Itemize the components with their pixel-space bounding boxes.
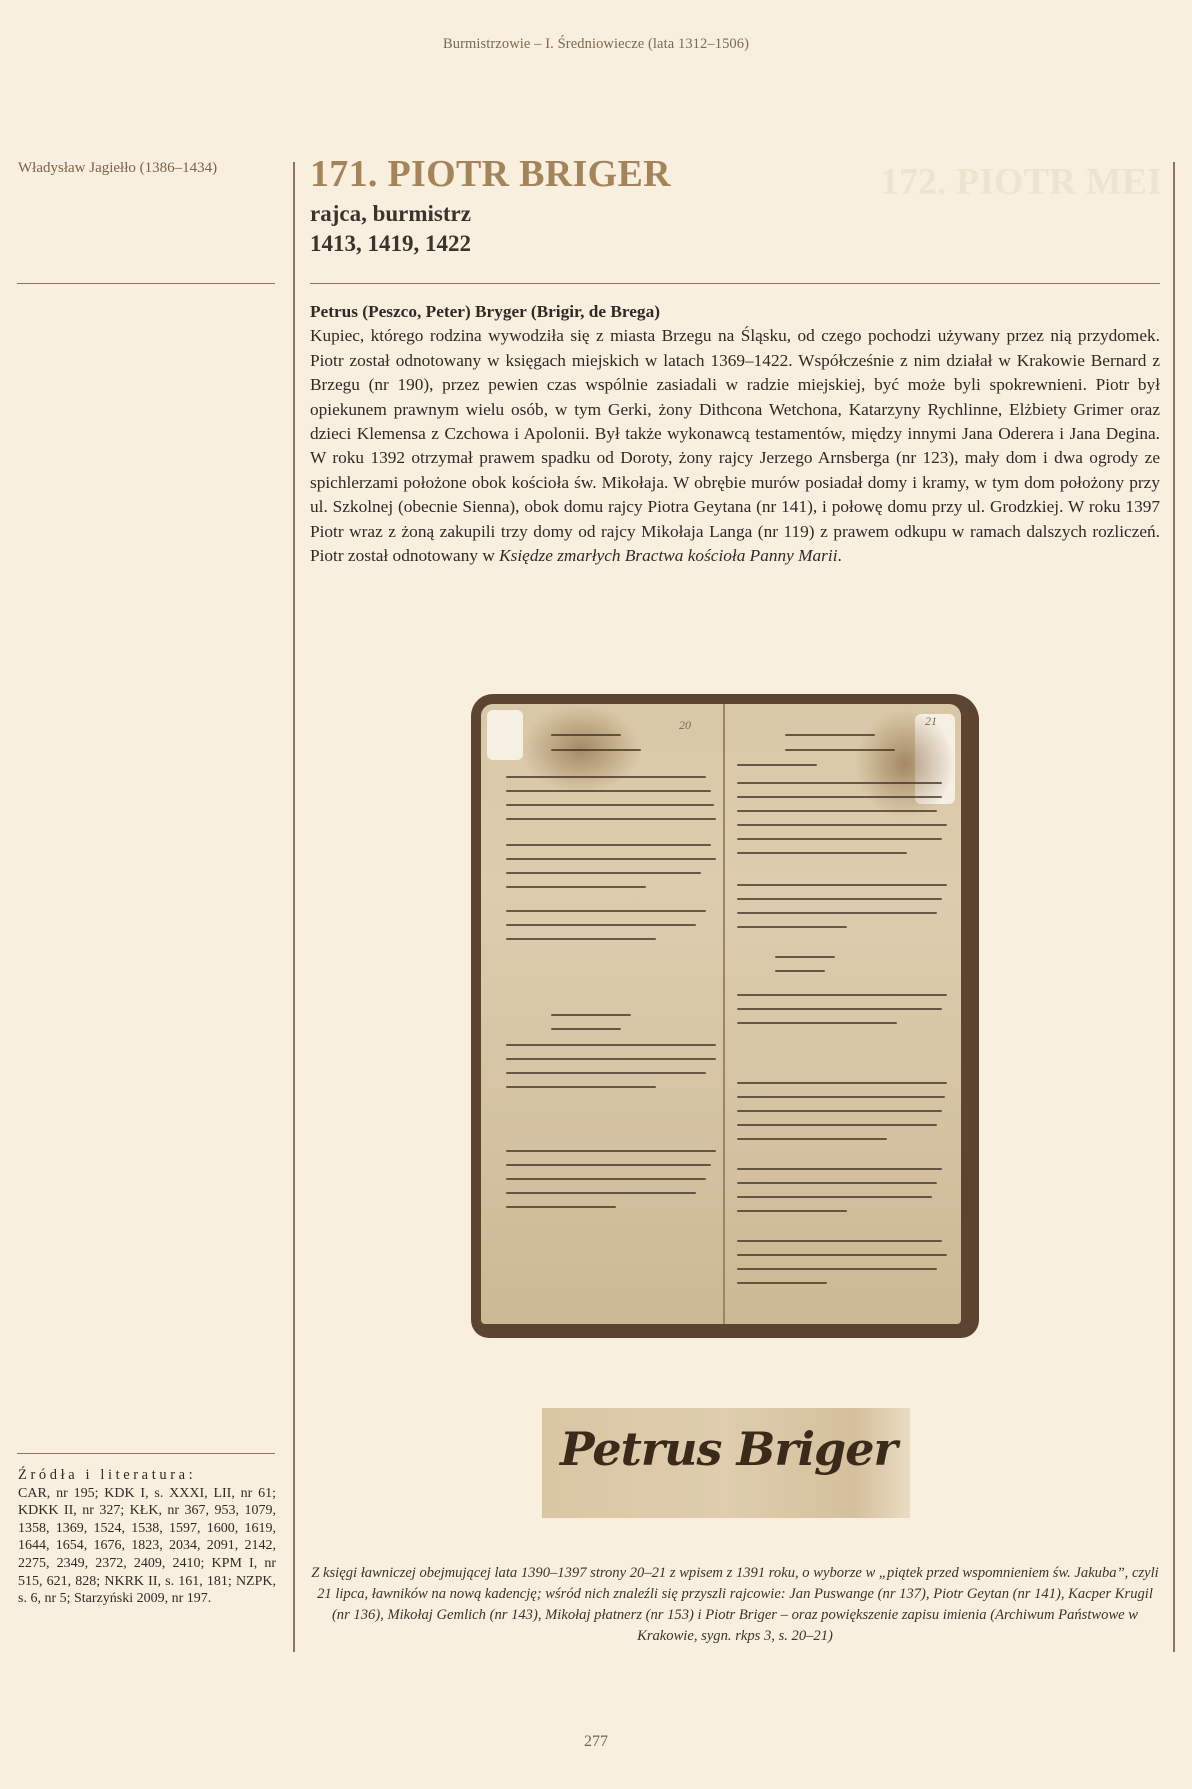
sources-rule <box>17 1453 275 1454</box>
manuscript-page-left: 20 <box>481 704 724 1324</box>
reign-label: Władysław Jagiełło (1386–1434) <box>18 160 278 177</box>
sources-title: Źródła i literatura: <box>18 1467 276 1485</box>
signature-script: Petrus Briger <box>560 1422 897 1476</box>
book-title: Księdze zmarłych Bractwa kościoła Panny … <box>499 546 837 565</box>
sources-text: CAR, nr 195; KDK I, s. XXXI, LII, nr 61;… <box>18 1486 276 1607</box>
name-variants: Petrus (Peszco, Peter) Bryger (Brigir, d… <box>310 300 1160 324</box>
running-head: Burmistrzowie – I. Średniowiecze (lata 1… <box>0 36 1192 53</box>
page-number-left: 20 <box>679 718 691 733</box>
entry-role: rajca, burmistrz <box>310 199 1160 229</box>
figure-caption: Z księgi ławniczej obejmującej lata 1390… <box>310 1563 1160 1647</box>
entry-title: 171. PIOTR BRIGER <box>310 152 1160 196</box>
entry-years: 1413, 1419, 1422 <box>310 229 1160 259</box>
header-rule <box>310 283 1160 284</box>
body-end: . <box>838 546 842 565</box>
manuscript-page-right: 21 <box>725 704 961 1324</box>
page-number: 277 <box>0 1733 1192 1751</box>
sources-block: Źródła i literatura: CAR, nr 195; KDK I,… <box>18 1467 276 1608</box>
column-divider-left <box>293 162 295 1652</box>
column-divider-right <box>1173 162 1175 1652</box>
sidebar-rule <box>17 283 275 284</box>
signature-enlargement: Petrus Briger <box>542 1408 910 1518</box>
entry-body: Petrus (Peszco, Peter) Bryger (Brigir, d… <box>310 300 1160 568</box>
entry-header: 171. PIOTR BRIGER rajca, burmistrz 1413,… <box>310 152 1160 259</box>
body-paragraph: Kupiec, którego rodzina wywodziła się z … <box>310 326 1160 565</box>
page-number-right: 21 <box>925 714 937 729</box>
manuscript-image: 20 21 <box>471 694 979 1348</box>
